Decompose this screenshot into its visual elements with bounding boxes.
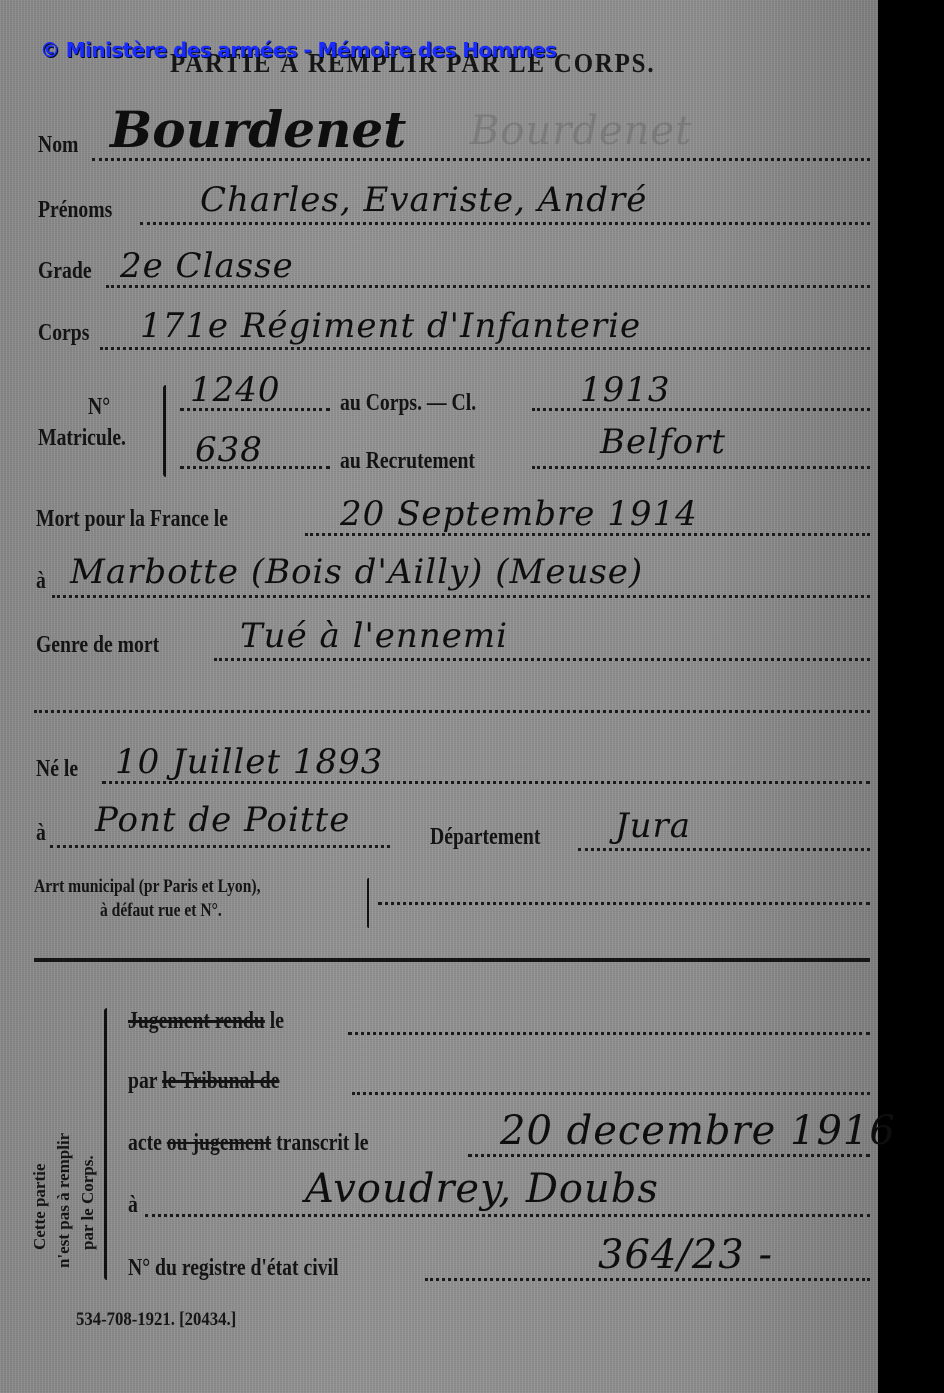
recrutement-line bbox=[532, 466, 870, 469]
ne-le-label: Né le bbox=[36, 756, 78, 783]
recrutement-label: au Recrutement bbox=[340, 448, 475, 475]
print-reference: 534-708-1921. [20434.] bbox=[76, 1309, 236, 1331]
au-corps-number: 1240 bbox=[190, 370, 281, 410]
corps-label: Corps bbox=[38, 320, 89, 347]
jugement-struck: Jugement rendu bbox=[128, 1008, 265, 1034]
tribunal-line bbox=[352, 1092, 870, 1095]
ne-le-value: 10 Juillet 1893 bbox=[115, 742, 383, 782]
lieu-naissance-line bbox=[50, 845, 390, 848]
death-record-card: © Ministère des armées - Mémoire des Hom… bbox=[0, 0, 878, 1393]
transcrit-pre: acte bbox=[128, 1130, 162, 1156]
tribunal-struck: le Tribunal de bbox=[162, 1068, 279, 1094]
side-note-line-3: par le Corps. bbox=[78, 1155, 98, 1250]
lieu-deces-label: à bbox=[36, 568, 46, 595]
mort-value: 20 Septembre 1914 bbox=[340, 494, 698, 534]
genre-mort-label: Genre de mort bbox=[36, 632, 159, 659]
registre-line bbox=[425, 1278, 870, 1281]
grade-label: Grade bbox=[38, 258, 92, 285]
prenoms-line bbox=[140, 222, 870, 225]
registre-label: N° du registre d'état civil bbox=[128, 1255, 338, 1282]
tribunal-prefix: par bbox=[128, 1068, 157, 1094]
side-note-line-2: n'est pas à remplir bbox=[54, 1133, 74, 1268]
lieu-deces-value: Marbotte (Bois d'Ailly) (Meuse) bbox=[70, 552, 643, 592]
arrondissement-label-2: à défaut rue et N°. bbox=[100, 900, 222, 922]
prenoms-value: Charles, Evariste, André bbox=[200, 180, 647, 220]
classe-value: 1913 bbox=[580, 370, 671, 410]
lieu-transcription-label: à bbox=[128, 1192, 138, 1219]
departement-label: Département bbox=[430, 824, 540, 851]
recrutement-number: 638 bbox=[195, 430, 263, 470]
arrondissement-label-1: Arrt municipal (pr Paris et Lyon), bbox=[34, 876, 260, 898]
recrutement-value: Belfort bbox=[600, 422, 726, 462]
matricule-label: Matricule. bbox=[38, 425, 126, 452]
registre-value: 364/23 - bbox=[598, 1232, 773, 1278]
lieu-naissance-label: à bbox=[36, 820, 46, 847]
tribunal-label: par le Tribunal de bbox=[128, 1068, 279, 1095]
genre-mort-line bbox=[214, 658, 870, 661]
section-divider bbox=[34, 958, 870, 962]
lieu-transcription-line bbox=[145, 1214, 870, 1217]
transcrit-line bbox=[468, 1154, 870, 1157]
jugement-line bbox=[348, 1032, 870, 1035]
lieu-naissance-value: Pont de Poitte bbox=[95, 800, 350, 840]
arrondissement-line bbox=[378, 902, 870, 905]
civil-section-brace bbox=[104, 1008, 107, 1280]
transcrit-post: transcrit le bbox=[276, 1130, 368, 1156]
jugement-label: Jugement rendu le bbox=[128, 1008, 284, 1035]
lieu-deces-line bbox=[52, 595, 870, 598]
matricule-brace bbox=[163, 385, 166, 477]
jugement-rest: le bbox=[270, 1008, 284, 1034]
nom-label: Nom bbox=[38, 132, 78, 159]
au-corps-label: au Corps. — Cl. bbox=[340, 390, 476, 417]
departement-line bbox=[578, 848, 870, 851]
blank-line bbox=[34, 710, 870, 713]
nom-value: Bourdenet bbox=[110, 100, 406, 159]
transcrit-value: 20 decembre 1916 bbox=[500, 1108, 896, 1154]
corps-line bbox=[100, 347, 870, 350]
side-note: Cette partie n'est pas à remplir par le … bbox=[20, 1050, 110, 1270]
mort-label: Mort pour la France le bbox=[36, 506, 228, 533]
grade-value: 2e Classe bbox=[120, 246, 294, 286]
prenoms-label: Prénoms bbox=[38, 197, 112, 224]
arrondissement-brace bbox=[367, 878, 369, 928]
transcrit-struck: ou jugement bbox=[167, 1130, 271, 1156]
copyright-watermark: © Ministère des armées - Mémoire des Hom… bbox=[40, 38, 556, 62]
matricule-label-no: N° bbox=[88, 394, 110, 421]
departement-value: Jura bbox=[615, 806, 691, 846]
transcrit-label: acte ou jugement transcrit le bbox=[128, 1130, 368, 1157]
bleedthrough-text: Bourdenet bbox=[470, 108, 692, 154]
corps-value: 171e Régiment d'Infanterie bbox=[140, 306, 641, 346]
side-note-line-1: Cette partie bbox=[30, 1164, 50, 1250]
genre-mort-value: Tué à l'ennemi bbox=[240, 616, 508, 656]
lieu-transcription-value: Avoudrey, Doubs bbox=[305, 1166, 659, 1212]
